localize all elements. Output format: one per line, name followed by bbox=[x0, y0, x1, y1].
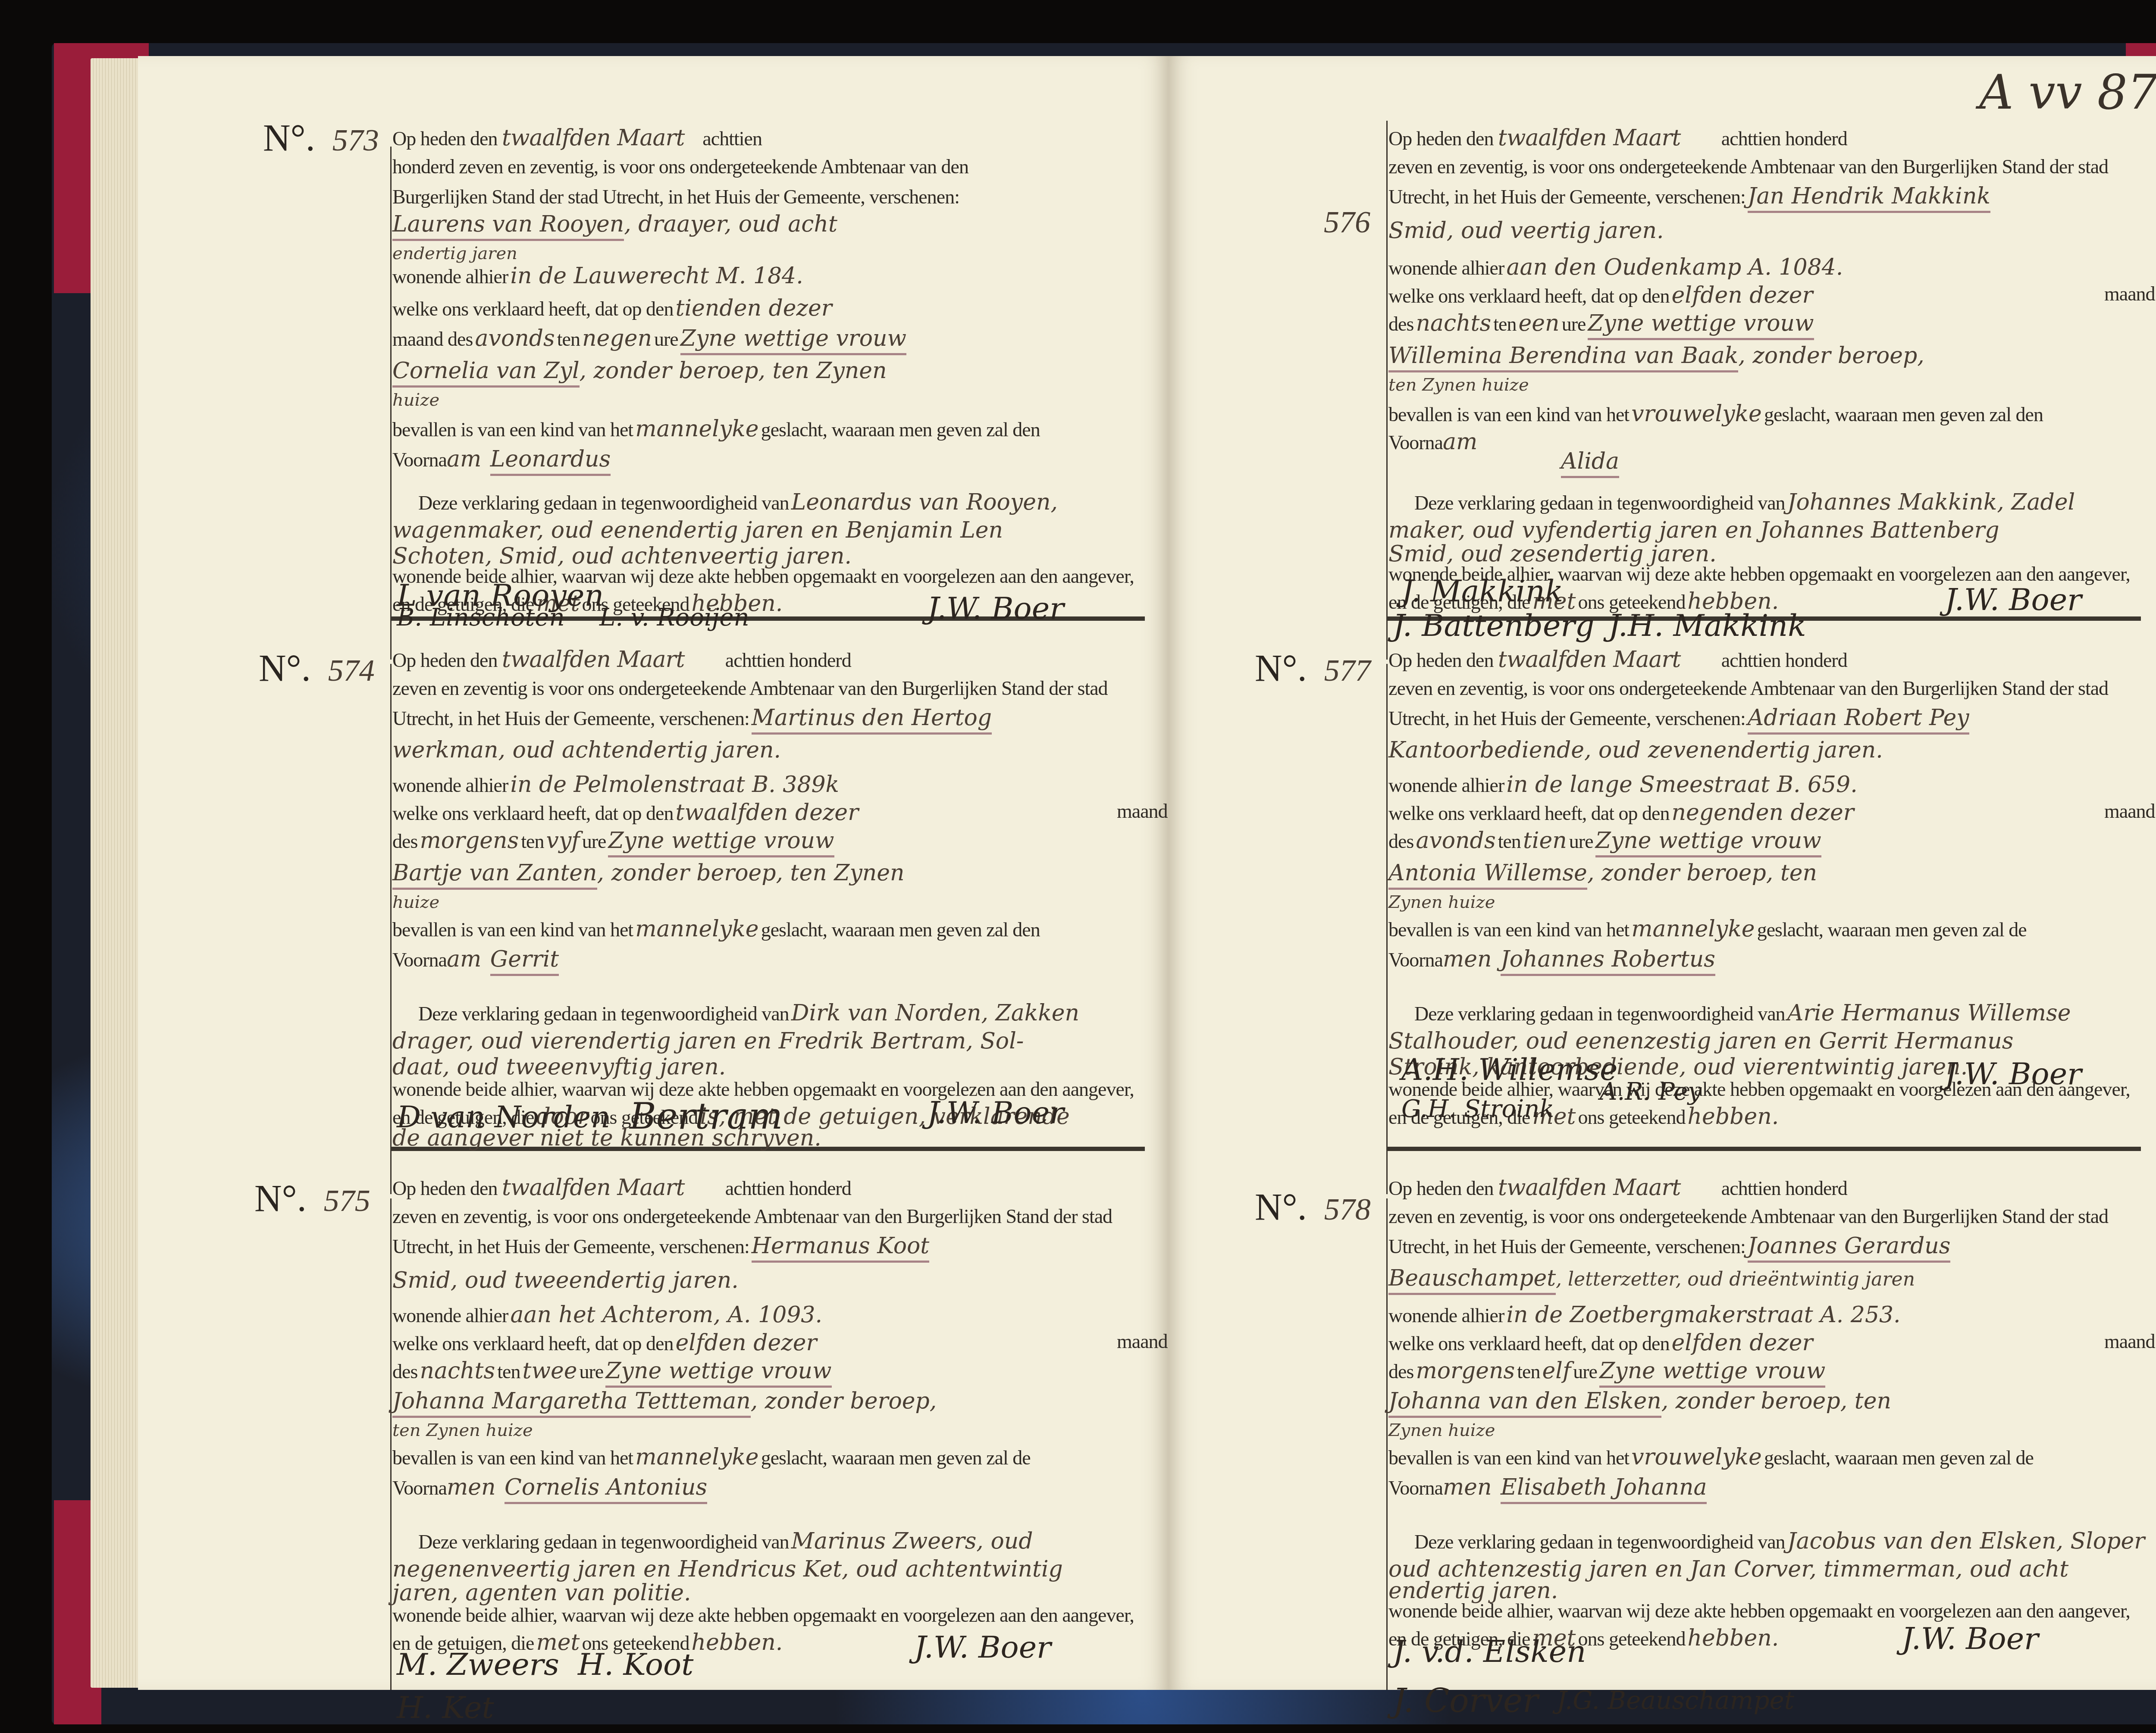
child-name: Johannes Robertus bbox=[1501, 946, 1715, 976]
handwritten-text: drager, oud vierendertig jaren en Fredri… bbox=[392, 1028, 1024, 1054]
handwritten-text: elfden dezer bbox=[1672, 1330, 1813, 1356]
printed-text: maand bbox=[2104, 1330, 2155, 1353]
printed-text: des morgens ten vyf ure Zyne wettige vro… bbox=[392, 828, 834, 854]
printed-text: wonende beide alhier, waarvan wij deze a… bbox=[392, 1604, 1134, 1627]
handwritten-text: morgens bbox=[1416, 1358, 1515, 1384]
handwritten-text: een bbox=[1519, 310, 1560, 336]
handwritten-text: Jacobus van den Elsken, Sloper bbox=[1787, 1528, 2145, 1554]
printed-text: wonende alhier aan het Achterom, A. 1093… bbox=[392, 1302, 822, 1328]
handwritten-text: Smid, oud veertig jaren. bbox=[1388, 218, 1664, 244]
printed-text: Utrecht, in het Huis der Gemeente, versc… bbox=[1388, 186, 1745, 208]
printed-text: Antonia Willemse, zonder beroep, ten bbox=[1388, 860, 1817, 886]
handwritten-text: vrouwelyke bbox=[1631, 401, 1762, 427]
mother-name: Willemina Berendina van Baak bbox=[1388, 343, 1738, 372]
birth-record-578: Op heden den twaalfden Maart achttien ho… bbox=[1388, 1160, 2143, 1677]
printed-text: ure bbox=[582, 830, 606, 852]
printed-text: des bbox=[1388, 830, 1413, 852]
printed-text: zeven en zeventig, is voor ons ondergete… bbox=[1388, 155, 2108, 178]
printed-text: des bbox=[392, 1361, 417, 1383]
handwritten-text: vrouwelyke bbox=[1631, 1444, 1762, 1470]
printed-text: Voorna bbox=[392, 949, 447, 971]
handwritten-text: Beauschampet bbox=[1388, 1265, 1556, 1295]
mother-name: Johanna van den Elsken bbox=[1388, 1388, 1661, 1418]
printed-text: Op heden den twaalfden Maart achttien ho… bbox=[1388, 647, 1847, 673]
handwritten-text: negen bbox=[582, 325, 652, 351]
margin-rule-right-2 bbox=[1386, 664, 1388, 1194]
handwritten-text: aan het Achterom, A. 1093. bbox=[510, 1302, 822, 1328]
printed-text: Voorna bbox=[392, 1477, 447, 1499]
child-name: Alida bbox=[1561, 448, 1619, 478]
printed-text: bevallen is van een kind van het mannely… bbox=[392, 916, 1040, 942]
printed-text: Laurens van Rooyen, draayer, oud acht bbox=[392, 211, 837, 237]
handwritten-text: mannelyke bbox=[635, 916, 758, 942]
birth-record-574: Op heden den twaalfden Maart achttien ho… bbox=[392, 629, 1147, 1147]
registrar-signature: J.W. Boer bbox=[1902, 1621, 2039, 1656]
printed-text: Op heden den bbox=[392, 1177, 497, 1199]
printed-text: Alida bbox=[1561, 448, 1619, 474]
handwritten-text: Arie Hermanus Willemse bbox=[1787, 1000, 2071, 1026]
handwritten-text: nachts bbox=[1416, 310, 1491, 336]
printed-text: Deze verklaring gedaan in tegenwoordighe… bbox=[1414, 1531, 1785, 1553]
handwritten-text: endertig jaren bbox=[392, 244, 517, 263]
printed-text: maand bbox=[1117, 1330, 1168, 1353]
printed-text: N°. bbox=[259, 648, 311, 689]
handwritten-text: hebben. bbox=[1688, 1104, 1779, 1129]
printed-text: Deze verklaring gedaan in tegenwoordighe… bbox=[1414, 492, 1785, 514]
handwritten-text: Zyne wettige vrouw bbox=[1595, 828, 1821, 857]
printed-text: bevallen is van een kind van het vrouwel… bbox=[1388, 401, 2043, 427]
printed-text: Voornaam Gerrit bbox=[392, 946, 559, 972]
printed-text: 576 bbox=[1324, 205, 1370, 239]
printed-text: Deze verklaring gedaan in tegenwoordighe… bbox=[1414, 1003, 1785, 1025]
printed-text: zeven en zeventig, is voor ons ondergete… bbox=[1388, 1205, 2108, 1228]
handwritten-text: ten Zynen huize bbox=[1388, 375, 1529, 395]
printed-text: Deze verklaring gedaan in tegenwoordighe… bbox=[1414, 1528, 2145, 1554]
printed-text: wonende alhier aan den Oudenkamp A. 1084… bbox=[1388, 254, 1843, 280]
handwritten-text: twaalfden Maart bbox=[502, 1175, 684, 1201]
printed-text: Deze verklaring gedaan in tegenwoordighe… bbox=[1414, 1000, 2071, 1026]
printed-text: wonende alhier bbox=[392, 266, 508, 288]
printed-text: N°. bbox=[263, 117, 315, 159]
printed-text: Utrecht, in het Huis der Gemeente, versc… bbox=[1388, 707, 1745, 729]
handwritten-text: aan den Oudenkamp A. 1084. bbox=[1506, 254, 1843, 280]
margin-rule-left-1 bbox=[390, 147, 392, 660]
printed-text: Op heden den twaalfden Maart achttien bbox=[392, 125, 762, 151]
printed-text: ten bbox=[521, 830, 544, 852]
mother-name: Antonia Willemse bbox=[1388, 860, 1587, 890]
handwritten-text: , zonder beroep, bbox=[1738, 343, 1924, 369]
handwritten-text: Zyne wettige vrouw bbox=[608, 828, 834, 857]
record-divider bbox=[1386, 1147, 2141, 1151]
printed-text: 573 bbox=[332, 123, 379, 157]
handwritten-text: avonds bbox=[1416, 828, 1495, 854]
printed-text: ten bbox=[1493, 313, 1516, 335]
handwritten-text: men bbox=[447, 1474, 496, 1500]
printed-text: 578 bbox=[1324, 1192, 1371, 1226]
birth-record-573: Op heden den twaalfden Maart achttien ho… bbox=[392, 82, 1147, 608]
handwritten-text: , zonder beroep, bbox=[751, 1388, 937, 1414]
printed-text: des bbox=[392, 830, 417, 852]
printed-text: welke ons verklaard heeft, dat op den bbox=[392, 802, 673, 824]
printed-text: honderd zeven en zeventig, is voor ons o… bbox=[392, 155, 968, 178]
handwritten-text: vyf bbox=[546, 828, 580, 854]
printed-text: Voornaam bbox=[1388, 429, 1477, 455]
printed-text: Deze verklaring gedaan in tegenwoordighe… bbox=[418, 489, 1058, 515]
printed-text: wonende beide alhier, waarvan wij deze a… bbox=[1388, 1599, 2130, 1622]
handwritten-text: men bbox=[1443, 946, 1492, 972]
printed-text: Voorna bbox=[1388, 432, 1443, 454]
printed-text: wonende alhier bbox=[1388, 1304, 1504, 1326]
printed-text: ten bbox=[1498, 830, 1521, 852]
mother-name: Johanna Margaretha Tettteman bbox=[392, 1388, 751, 1418]
handwritten-text: huize bbox=[392, 892, 439, 912]
handwritten-text: in de lange Smeestraat B. 659. bbox=[1506, 772, 1857, 798]
printed-text: Voornaam Leonardus bbox=[392, 446, 611, 472]
printed-text: geslacht, waaraan men geven zal de bbox=[1764, 1447, 2034, 1469]
signature: D van Norden bbox=[397, 1099, 610, 1135]
signature: J. Makkink bbox=[1401, 573, 1563, 609]
printed-text: ure bbox=[1569, 830, 1593, 852]
printed-text: Deze verklaring gedaan in tegenwoordighe… bbox=[418, 1003, 789, 1025]
printed-text: Op heden den twaalfden Maart achttien ho… bbox=[1388, 125, 1847, 151]
handwritten-text: Zyne wettige vrouw bbox=[1588, 310, 1814, 340]
handwritten-text: nachts bbox=[420, 1358, 495, 1384]
printed-text: des bbox=[1388, 313, 1413, 335]
handwritten-text: twaalfden Maart bbox=[502, 125, 684, 151]
printed-text: Voornamen Cornelis Antonius bbox=[392, 1474, 707, 1500]
printed-text: Beauschampet, letterzetter, oud drieëntw… bbox=[1388, 1265, 1915, 1291]
printed-text: ons geteekend bbox=[1578, 1628, 1686, 1650]
printed-text: welke ons verklaard heeft, dat op den bbox=[392, 298, 673, 320]
handwritten-text: ten Zynen huize bbox=[392, 1420, 533, 1440]
handwritten-text: twee bbox=[523, 1358, 577, 1384]
printed-text: achttien honderd bbox=[725, 1177, 851, 1199]
margin-rule-left-3 bbox=[390, 1198, 392, 1690]
printed-text: geslacht, waaraan men geven zal den bbox=[1764, 404, 2043, 425]
printed-text: Voorna bbox=[1388, 949, 1443, 971]
handwritten-text: Zynen huize bbox=[1388, 892, 1495, 912]
printed-text: Utrecht, in het Huis der Gemeente, versc… bbox=[392, 1236, 749, 1258]
handwritten-text: Zyne wettige vrouw bbox=[605, 1358, 831, 1388]
printed-text: Willemina Berendina van Baak, zonder ber… bbox=[1388, 343, 1924, 369]
printed-text: Deze verklaring gedaan in tegenwoordighe… bbox=[418, 492, 789, 514]
printed-text: maand des avonds ten negen ure Zyne wett… bbox=[392, 325, 906, 351]
printed-text: des morgens ten elf ure Zyne wettige vro… bbox=[1388, 1358, 1825, 1384]
printed-text: Cornelia van Zyl, zonder beroep, ten Zyn… bbox=[392, 358, 887, 384]
signature: J.G. Beauschampet bbox=[1557, 1686, 1794, 1715]
printed-text: maand bbox=[2104, 800, 2155, 823]
printed-text: Deze verklaring gedaan in tegenwoordighe… bbox=[418, 1531, 789, 1553]
printed-text: bevallen is van een kind van het bbox=[392, 419, 633, 441]
printed-text: N°. bbox=[254, 1178, 307, 1220]
printed-text: bevallen is van een kind van het mannely… bbox=[392, 416, 1040, 442]
printed-text: N°. bbox=[1255, 648, 1307, 689]
printed-text: Voorna bbox=[392, 449, 447, 471]
printed-text: des nachts ten een ure Zyne wettige vrou… bbox=[1388, 310, 1814, 336]
child-name: Cornelis Antonius bbox=[505, 1474, 707, 1504]
printed-text: achttien bbox=[702, 128, 762, 150]
printed-text: des bbox=[1388, 1361, 1413, 1383]
handwritten-text: tienden dezer bbox=[676, 295, 832, 321]
registrar-signature: J.W. Boer bbox=[927, 591, 1064, 626]
printed-text: ure bbox=[654, 328, 678, 350]
printed-text: wonende alhier in de Lauwerecht M. 184. bbox=[392, 263, 803, 289]
handwritten-text: , zonder beroep, ten bbox=[1587, 860, 1817, 886]
signature: J. v.d. Elsken bbox=[1393, 1634, 1586, 1669]
printed-text: bevallen is van een kind van het bbox=[1388, 404, 1629, 425]
printed-text: achttien honderd bbox=[1721, 128, 1847, 150]
handwritten-text: negenenveertig jaren en Hendricus Ket, o… bbox=[392, 1556, 1063, 1582]
printed-text: wonende alhier in de Zoetbergmakerstraat… bbox=[1388, 1302, 1901, 1328]
margin-rule-right-1 bbox=[1386, 121, 1388, 660]
registrar-signature: J.W. Boer bbox=[1945, 1056, 2082, 1092]
handwritten-text: Johannes Makkink, Zadel bbox=[1787, 489, 2075, 515]
handwritten-text: am bbox=[1443, 429, 1477, 455]
page-stack-left-edge bbox=[91, 58, 142, 1688]
printed-text: wonende alhier bbox=[392, 1304, 508, 1326]
declarant-name: Jan Hendrik Makkink bbox=[1748, 183, 1990, 213]
printed-text: Voornamen Johannes Robertus bbox=[1388, 946, 1715, 972]
handwritten-text: daat, oud tweeenvyftig jaren. bbox=[392, 1054, 726, 1080]
handwritten-text: Zyne wettige vrouw bbox=[680, 325, 906, 355]
printed-text: 574 bbox=[328, 653, 375, 688]
printed-text: Johanna Margaretha Tettteman, zonder ber… bbox=[392, 1388, 937, 1414]
printed-text: 577 bbox=[1324, 653, 1371, 688]
signature: M. Zweers bbox=[397, 1647, 559, 1682]
signature: A.R. Pey bbox=[1600, 1078, 1702, 1106]
printed-text: welke ons verklaard heeft, dat op den ne… bbox=[1388, 800, 1854, 826]
declarant-name: Adriaan Robert Pey bbox=[1748, 705, 1969, 735]
handwritten-text: werkman, oud achtendertig jaren. bbox=[392, 737, 781, 763]
handwritten-text: mannelyke bbox=[1631, 916, 1755, 942]
registrar-signature: J.W. Boer bbox=[927, 1095, 1064, 1130]
printed-text: Utrecht, in het Huis der Gemeente, versc… bbox=[392, 707, 749, 729]
printed-text: Utrecht, in het Huis der Gemeente, versc… bbox=[1388, 1233, 1950, 1259]
handwritten-text: twaalfden Maart bbox=[1498, 647, 1680, 673]
handwritten-text: , zonder beroep, ten Zynen bbox=[580, 358, 887, 384]
handwritten-text: elfden dezer bbox=[1672, 282, 1813, 308]
printed-text: N°. bbox=[1255, 1186, 1307, 1228]
handwritten-text: negenden dezer bbox=[1672, 800, 1854, 826]
printed-text: Utrecht, in het Huis der Gemeente, versc… bbox=[392, 1233, 929, 1259]
child-name: Leonardus bbox=[490, 446, 611, 476]
printed-text: geslacht, waaraan men geven zal de bbox=[761, 1447, 1031, 1469]
printed-text: geslacht, waaraan men geven zal den bbox=[761, 419, 1040, 441]
printed-text: Op heden den twaalfden Maart achttien ho… bbox=[392, 647, 851, 673]
handwritten-text: Dirk van Norden, Zakken bbox=[791, 1000, 1079, 1026]
printed-text: Burgerlijken Stand der stad Utrecht, in … bbox=[392, 185, 959, 208]
handwritten-text: jaren, agenten van politie. bbox=[392, 1580, 691, 1606]
signature: H. Ket bbox=[397, 1690, 494, 1725]
printed-text: wonende alhier bbox=[1388, 774, 1504, 796]
margin-rule-left-2 bbox=[390, 664, 392, 1194]
handwritten-text: twaalfden dezer bbox=[676, 800, 859, 826]
signature: B. Linschoten bbox=[397, 604, 565, 632]
printed-text: achttien honderd bbox=[725, 649, 851, 671]
printed-text: zeven en zeventig, is voor ons ondergete… bbox=[1388, 677, 2108, 700]
printed-text: Op heden den bbox=[1388, 1177, 1493, 1199]
printed-text: Op heden den bbox=[1388, 128, 1493, 150]
declarant-name: Laurens van Rooyen bbox=[392, 211, 624, 241]
handwritten-text: twaalfden Maart bbox=[1498, 1175, 1680, 1201]
printed-text: Deze verklaring gedaan in tegenwoordighe… bbox=[1414, 489, 2075, 515]
handwritten-text: in de Zoetbergmakerstraat A. 253. bbox=[1506, 1302, 1900, 1328]
printed-text: Johanna van den Elsken, zonder beroep, t… bbox=[1388, 1388, 1891, 1414]
handwritten-text: men bbox=[1443, 1474, 1492, 1500]
printed-text: geslacht, waaraan men geven zal de bbox=[1757, 919, 2027, 941]
printed-text: Op heden den bbox=[392, 649, 497, 671]
registrar-signature: J.W. Boer bbox=[914, 1630, 1051, 1665]
signature: Bertram bbox=[630, 1095, 783, 1137]
printed-text: wonende alhier in de Pelmolenstraat B. 3… bbox=[392, 772, 839, 798]
signature: J. Corver bbox=[1393, 1681, 1538, 1720]
signature: A.H. Willemse bbox=[1401, 1052, 1617, 1087]
printed-text: Op heden den bbox=[392, 128, 497, 150]
handwritten-text: Marinus Zweers, oud bbox=[791, 1528, 1033, 1554]
birth-record-576: Op heden den twaalfden Maart achttien ho… bbox=[1388, 82, 2143, 608]
handwritten-text: Stalhouder, oud eenenzestig jaren en Ger… bbox=[1388, 1028, 2013, 1054]
printed-text: welke ons verklaard heeft, dat op den tw… bbox=[392, 800, 859, 826]
printed-text: zeven en zeventig, is voor ons ondergete… bbox=[392, 1205, 1112, 1228]
printed-text: welke ons verklaard heeft, dat op den el… bbox=[1388, 1330, 1813, 1356]
handwritten-text: elf bbox=[1542, 1358, 1571, 1384]
handwritten-text: Zynen huize bbox=[1388, 1420, 1495, 1440]
printed-text: Bartje van Zanten, zonder beroep, ten Zy… bbox=[392, 860, 905, 886]
printed-text: wonende alhier in de lange Smeestraat B.… bbox=[1388, 772, 1858, 798]
printed-text: welke ons verklaard heeft, dat op den bbox=[392, 1333, 673, 1354]
printed-text: Op heden den bbox=[1388, 649, 1493, 671]
handwritten-text: in de Lauwerecht M. 184. bbox=[510, 263, 803, 289]
printed-text: Voornamen Elisabeth Johanna bbox=[1388, 1474, 1707, 1500]
printed-text: ure bbox=[580, 1361, 604, 1383]
printed-text: welke ons verklaard heeft, dat op den bbox=[1388, 802, 1669, 824]
signature: H. Koot bbox=[578, 1647, 693, 1682]
printed-text: Op heden den twaalfden Maart achttien ho… bbox=[392, 1175, 851, 1201]
printed-text: ons geteekend bbox=[1578, 1106, 1686, 1128]
printed-text: welke ons verklaard heeft, dat op den ti… bbox=[392, 295, 832, 321]
mother-name: Cornelia van Zyl bbox=[392, 358, 580, 388]
printed-text: wonende alhier bbox=[1388, 257, 1504, 279]
record-number: 576 bbox=[1324, 198, 1370, 242]
handwritten-text: , draayer, oud acht bbox=[624, 211, 837, 237]
right-page: A vv 87 576 Op heden den twaalfden Maart… bbox=[1169, 56, 2156, 1690]
record-number: N°.578 bbox=[1255, 1186, 1371, 1229]
printed-text: bevallen is van een kind van het bbox=[1388, 919, 1629, 941]
printed-text: welke ons verklaard heeft, dat op den bbox=[1388, 1333, 1669, 1354]
printed-text: maand bbox=[2104, 282, 2155, 305]
handwritten-text: tien bbox=[1523, 828, 1567, 854]
handwritten-text: huize bbox=[392, 390, 439, 410]
handwritten-text: in de Pelmolenstraat B. 389k bbox=[510, 772, 839, 798]
printed-text: welke ons verklaard heeft, dat op den bbox=[1388, 285, 1669, 307]
signature: L. v. Rooijen bbox=[599, 604, 749, 632]
record-number: N°.573 bbox=[263, 116, 379, 160]
printed-text: ten bbox=[557, 328, 580, 350]
handwritten-text: wagenmaker, oud eenendertig jaren en Ben… bbox=[392, 517, 1003, 543]
handwritten-text: mannelyke bbox=[635, 416, 758, 442]
registrar-signature: J.W. Boer bbox=[1945, 582, 2082, 617]
printed-text: wonende alhier bbox=[392, 774, 508, 796]
declarant-name: Joannes Gerardus bbox=[1748, 1233, 1951, 1263]
handwritten-text: , letterzetter, oud drieëntwintig jaren bbox=[1556, 1268, 1915, 1290]
printed-text: bevallen is van een kind van het bbox=[1388, 1447, 1629, 1469]
handwritten-text: elfden dezer bbox=[676, 1330, 817, 1356]
handwritten-text: hebben. bbox=[692, 1630, 783, 1655]
handwritten-text: Smid, oud tweeendertig jaren. bbox=[392, 1267, 739, 1293]
printed-text: Voorna bbox=[1388, 1477, 1443, 1499]
printed-text: Deze verklaring gedaan in tegenwoordighe… bbox=[418, 1528, 1033, 1554]
printed-text: bevallen is van een kind van het mannely… bbox=[1388, 916, 2027, 942]
handwritten-text: am bbox=[447, 446, 481, 472]
record-number: N°.574 bbox=[259, 647, 375, 690]
declarant-name: Martinus den Hertog bbox=[752, 705, 992, 735]
handwritten-text: , zonder beroep, ten bbox=[1661, 1388, 1891, 1414]
printed-text: maand bbox=[1117, 800, 1168, 823]
printed-text: bevallen is van een kind van het bbox=[392, 919, 633, 941]
child-name: Elisabeth Johanna bbox=[1501, 1474, 1707, 1504]
margin-rule-right-3 bbox=[1386, 1198, 1388, 1690]
printed-text: Op heden den twaalfden Maart achttien ho… bbox=[1388, 1175, 1847, 1201]
handwritten-text: morgens bbox=[420, 828, 519, 854]
handwritten-text: maker, oud vyfendertig jaren en Johannes… bbox=[1388, 517, 1999, 543]
handwritten-text: mannelyke bbox=[635, 1444, 758, 1470]
handwritten-text: am bbox=[447, 946, 481, 972]
printed-text: bevallen is van een kind van het mannely… bbox=[392, 1444, 1031, 1470]
handwritten-text: , zonder beroep, ten Zynen bbox=[597, 860, 905, 886]
handwritten-text: Zyne wettige vrouw bbox=[1599, 1358, 1825, 1388]
record-number: N°.577 bbox=[1255, 647, 1371, 690]
printed-text: ure bbox=[1573, 1361, 1597, 1383]
printed-text: des avonds ten tien ure Zyne wettige vro… bbox=[1388, 828, 1821, 854]
printed-text: achttien honderd bbox=[1721, 1177, 1847, 1199]
handwritten-text: Kantoorbediende, oud zevenendertig jaren… bbox=[1388, 737, 1883, 763]
printed-text: maand des bbox=[392, 328, 473, 350]
handwritten-text: twaalfden Maart bbox=[502, 647, 684, 673]
mother-name: Bartje van Zanten bbox=[392, 860, 597, 890]
printed-text: ten bbox=[1517, 1361, 1540, 1383]
printed-text: welke ons verklaard heeft, dat op den el… bbox=[392, 1330, 817, 1356]
printed-text: Utrecht, in het Huis der Gemeente, versc… bbox=[1388, 705, 1969, 731]
printed-text: welke ons verklaard heeft, dat op den el… bbox=[1388, 282, 1813, 308]
birth-record-575: Op heden den twaalfden Maart achttien ho… bbox=[392, 1160, 1147, 1677]
printed-text: Deze verklaring gedaan in tegenwoordighe… bbox=[418, 1000, 1079, 1026]
printed-text: achttien honderd bbox=[1721, 649, 1847, 671]
left-page: N°.573 Op heden den twaalfden Maart acht… bbox=[138, 56, 1169, 1690]
handwritten-text: avonds bbox=[475, 325, 555, 351]
printed-text: geslacht, waaraan men geven zal den bbox=[761, 919, 1040, 941]
declarant-name: Hermanus Koot bbox=[752, 1233, 929, 1263]
printed-text: ten bbox=[497, 1361, 520, 1383]
handwritten-text: hebben. bbox=[1688, 1625, 1779, 1651]
record-number: N°.575 bbox=[254, 1177, 370, 1220]
signature: G.H. Stroink bbox=[1401, 1095, 1554, 1123]
printed-text: zeven en zeventig is voor ons ondergetee… bbox=[392, 677, 1108, 700]
printed-text: Utrecht, in het Huis der Gemeente, versc… bbox=[1388, 183, 1990, 209]
printed-text: ure bbox=[1562, 313, 1586, 335]
printed-text: bevallen is van een kind van het bbox=[392, 1447, 633, 1469]
child-name: Gerrit bbox=[490, 946, 559, 976]
printed-text: des nachts ten twee ure Zyne wettige vro… bbox=[392, 1358, 832, 1384]
printed-text: bevallen is van een kind van het vrouwel… bbox=[1388, 1444, 2034, 1470]
handwritten-text: twaalfden Maart bbox=[1498, 125, 1680, 151]
printed-text: 575 bbox=[324, 1183, 370, 1218]
printed-text: Utrecht, in het Huis der Gemeente, versc… bbox=[1388, 1236, 1745, 1258]
handwritten-text: Leonardus van Rooyen, bbox=[791, 489, 1058, 515]
printed-text: Utrecht, in het Huis der Gemeente, versc… bbox=[392, 705, 992, 731]
